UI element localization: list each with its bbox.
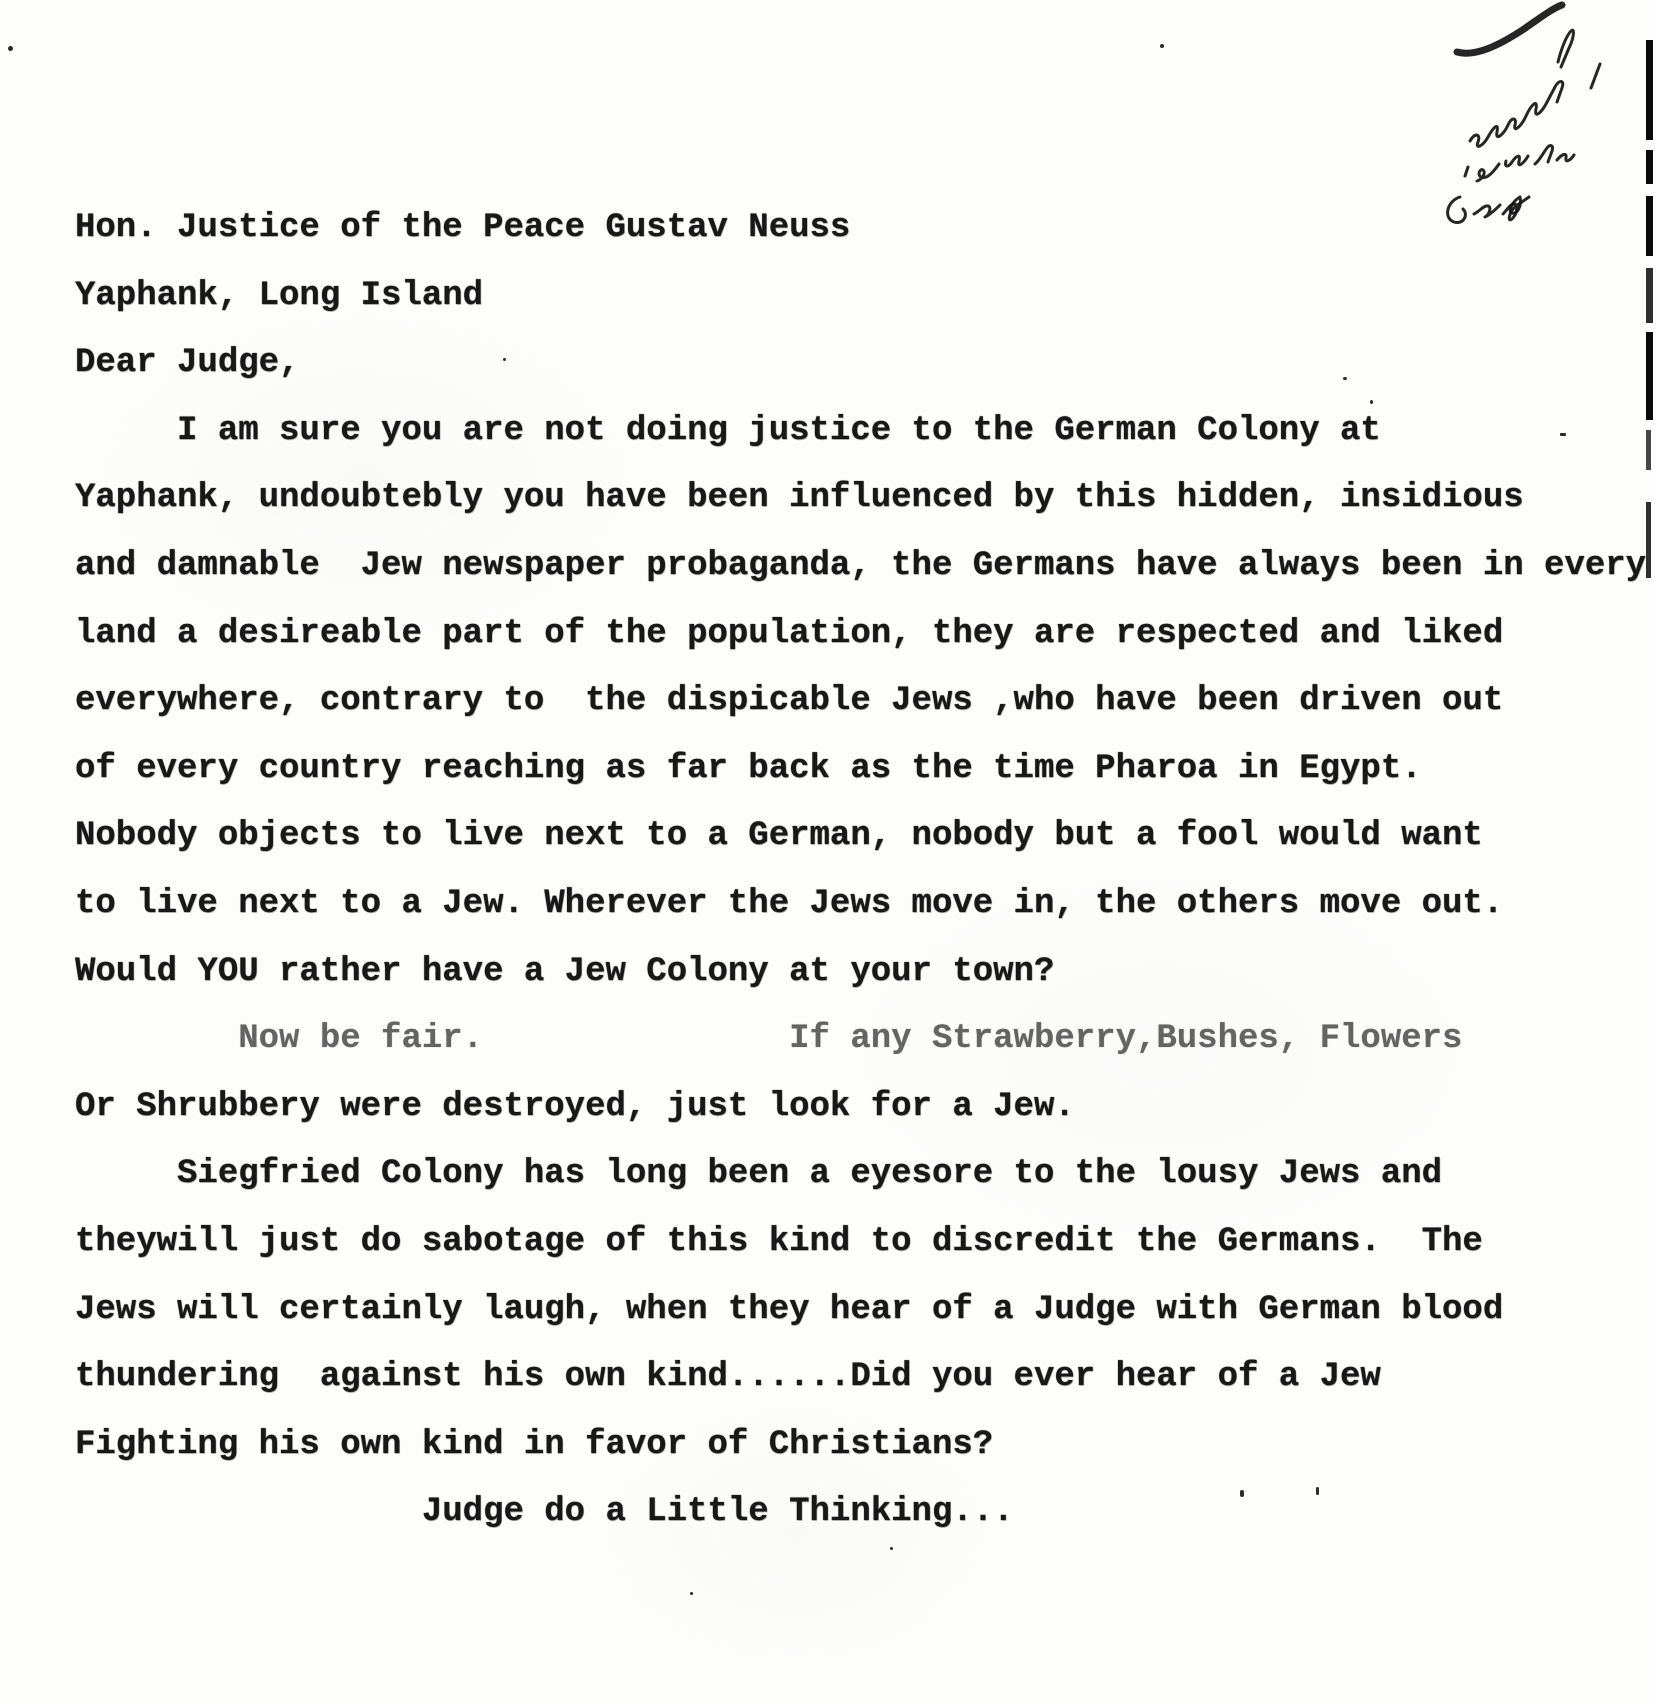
letter-line-p1l7: Nobody objects to live next to a German,… [75, 803, 1646, 871]
letter-line-p1l2: Yaphank, undoubtebly you have been influ… [75, 465, 1646, 533]
letter-line-p3l4: thundering against his own kind......Did… [75, 1344, 1646, 1412]
handwriting-scrawl-icon [1448, 30, 1600, 222]
scanned-letter-page: Hon. Justice of the Peace Gustav NeussYa… [0, 0, 1656, 1704]
letter-line-p1l5: everywhere, contrary to the dispicable J… [75, 668, 1646, 736]
letter-line-p1l8: to live next to a Jew. Wherever the Jews… [75, 871, 1646, 939]
letter-line-p1l3: and damnable Jew newspaper probaganda, t… [75, 533, 1646, 601]
letter-line-p1l1: I am sure you are not doing justice to t… [75, 398, 1646, 466]
letter-line-p2l2: Or Shrubbery were destroyed, just look f… [75, 1074, 1646, 1142]
letter-line-recipient: Hon. Justice of the Peace Gustav Neuss [75, 195, 1646, 263]
letter-body: Hon. Justice of the Peace Gustav NeussYa… [75, 195, 1646, 1547]
letter-line-p1l9: Would YOU rather have a Jew Colony at yo… [75, 939, 1646, 1007]
letter-line-address: Yaphank, Long Island [75, 263, 1646, 331]
pen-swoosh-icon [1457, 5, 1562, 53]
letter-line-p3l1: Siegfried Colony has long been a eyesore… [75, 1141, 1646, 1209]
letter-line-p1l6: of every country reaching as far back as… [75, 736, 1646, 804]
letter-line-p1l4: land a desireable part of the population… [75, 601, 1646, 669]
handwritten-annotation [1430, 0, 1656, 230]
letter-line-salutation: Dear Judge, [75, 330, 1646, 398]
letter-line-p3l3: Jews will certainly laugh, when they hea… [75, 1277, 1646, 1345]
letter-line-p3l5: Fighting his own kind in favor of Christ… [75, 1412, 1646, 1480]
letter-line-p2l1: Now be fair. If any Strawberry,Bushes, F… [75, 1006, 1646, 1074]
letter-line-p3l2: theywill just do sabotage of this kind t… [75, 1209, 1646, 1277]
letter-line-closing: Judge do a Little Thinking... [75, 1479, 1646, 1547]
